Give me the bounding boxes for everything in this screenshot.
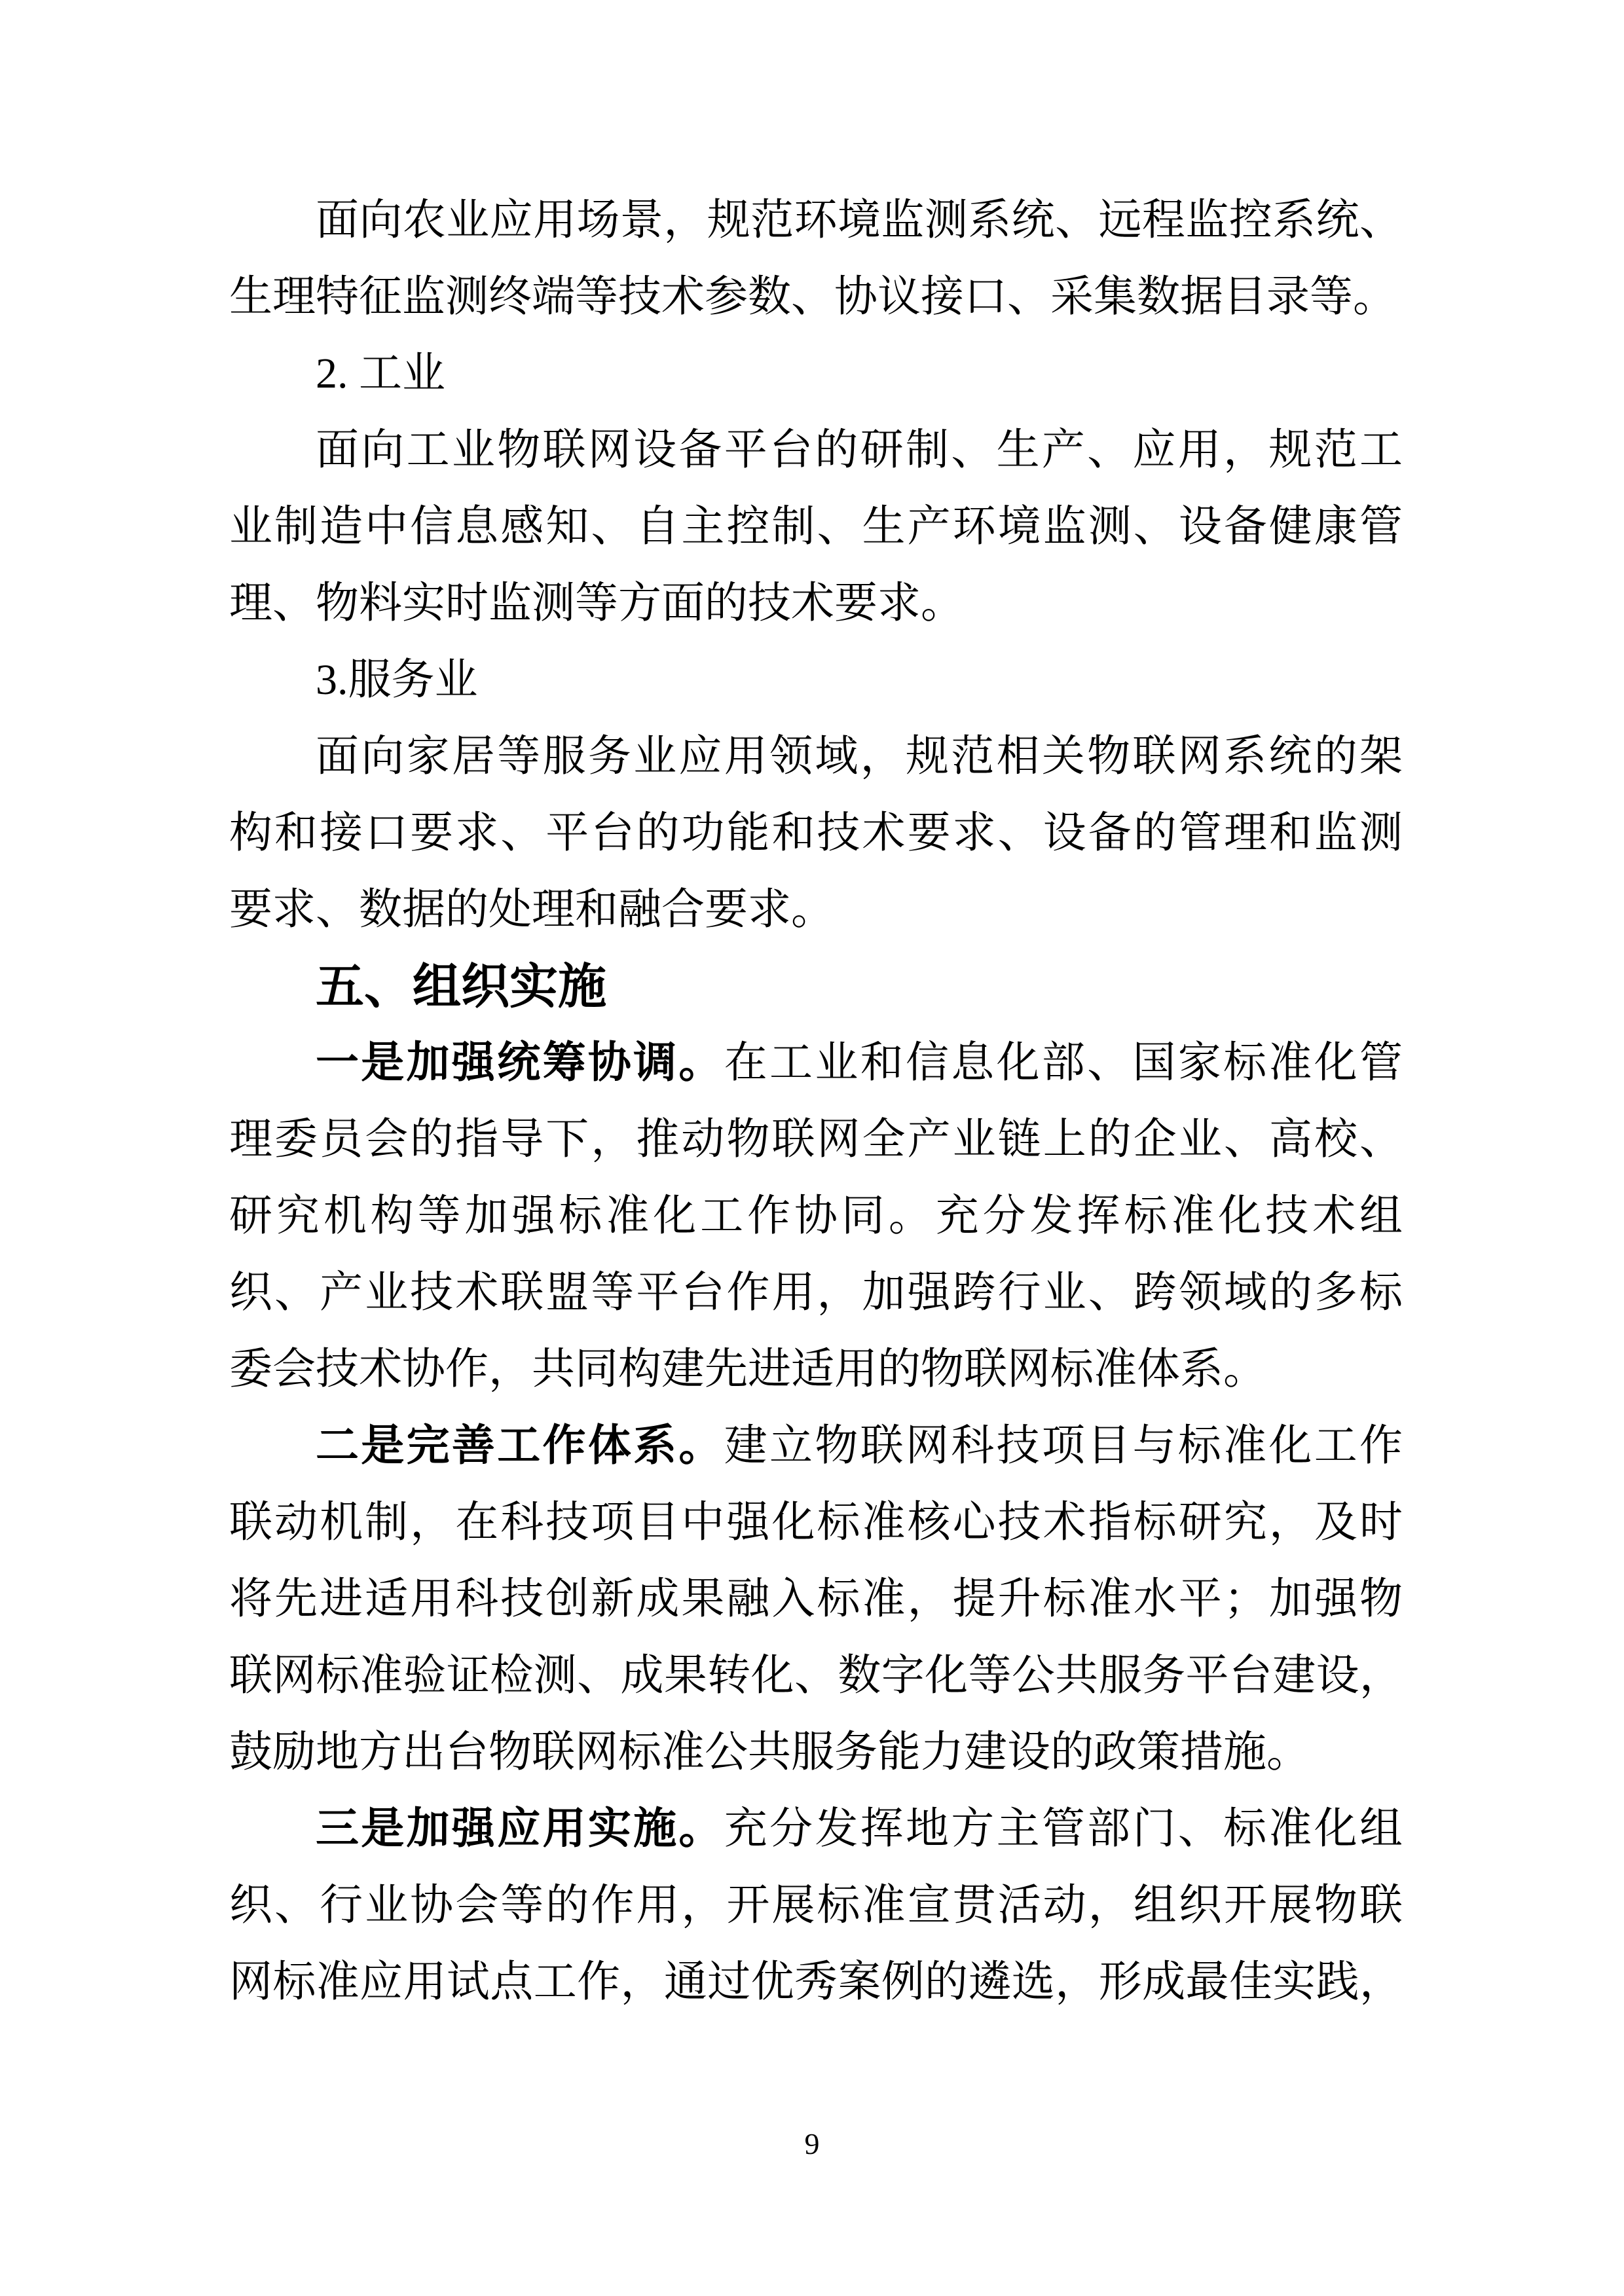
document-line: 织、产业技术联盟等平台作用，加强跨行业、跨领域的多标 [229,1254,1403,1331]
document-line: 织、行业协会等的作用，开展标准宣贯活动，组织开展物联 [229,1867,1403,1944]
section-heading: 五、组织实施 [229,948,1403,1025]
document-line: 面向家居等服务业应用领域，规范相关物联网系统的架 [229,718,1403,795]
document-line: 面向工业物联网设备平台的研制、生产、应用，规范工 [229,412,1403,488]
document-page: 面向农业应用场景，规范环境监测系统、远程监控系统、 生理特征监测终端等技术参数、… [0,0,1624,2296]
document-text-block: 面向农业应用场景，规范环境监测系统、远程监控系统、 生理特征监测终端等技术参数、… [229,182,1403,2020]
document-line: 网标准应用试点工作，通过优秀案例的遴选，形成最佳实践， [229,1944,1403,2020]
document-line: 将先进适用科技创新成果融入标准，提升标准水平；加强物 [229,1561,1403,1637]
paragraph-text: 建立物联网科技项目与标准化工作 [724,1422,1403,1470]
paragraph-lead: 三是加强应用实施。 [316,1805,724,1853]
document-line: 鼓励地方出台物联网标准公共服务能力建设的政策措施。 [229,1714,1403,1791]
document-line: 要求、数据的处理和融合要求。 [229,871,1403,948]
paragraph-lead: 一是加强统筹协调。 [316,1039,724,1087]
paragraph-text: 充分发挥地方主管部门、标准化组 [724,1805,1403,1853]
paragraph-text: 在工业和信息化部、国家标准化管 [724,1039,1403,1087]
document-line: 理、物料实时监测等方面的技术要求。 [229,565,1403,642]
document-line: 一是加强统筹协调。在工业和信息化部、国家标准化管 [229,1025,1403,1101]
paragraph-lead: 二是完善工作体系。 [316,1422,724,1470]
document-line: 委会技术协作，共同构建先进适用的物联网标准体系。 [229,1331,1403,1408]
numbered-subheading: 2. 工业 [229,335,1403,412]
document-line: 生理特征监测终端等技术参数、协议接口、采集数据目录等。 [229,259,1403,335]
document-line: 构和接口要求、平台的功能和技术要求、设备的管理和监测 [229,795,1403,871]
page-number: 9 [0,2129,1624,2159]
document-line: 联网标准验证检测、成果转化、数字化等公共服务平台建设， [229,1637,1403,1714]
document-line: 研究机构等加强标准化工作协同。充分发挥标准化技术组 [229,1178,1403,1254]
document-line: 二是完善工作体系。建立物联网科技项目与标准化工作 [229,1408,1403,1484]
document-line: 三是加强应用实施。充分发挥地方主管部门、标准化组 [229,1791,1403,1867]
document-line: 业制造中信息感知、自主控制、生产环境监测、设备健康管 [229,488,1403,565]
document-line: 联动机制，在科技项目中强化标准核心技术指标研究，及时 [229,1484,1403,1561]
document-line: 理委员会的指导下，推动物联网全产业链上的企业、高校、 [229,1101,1403,1178]
numbered-subheading: 3.服务业 [229,642,1403,718]
document-line: 面向农业应用场景，规范环境监测系统、远程监控系统、 [229,182,1403,259]
